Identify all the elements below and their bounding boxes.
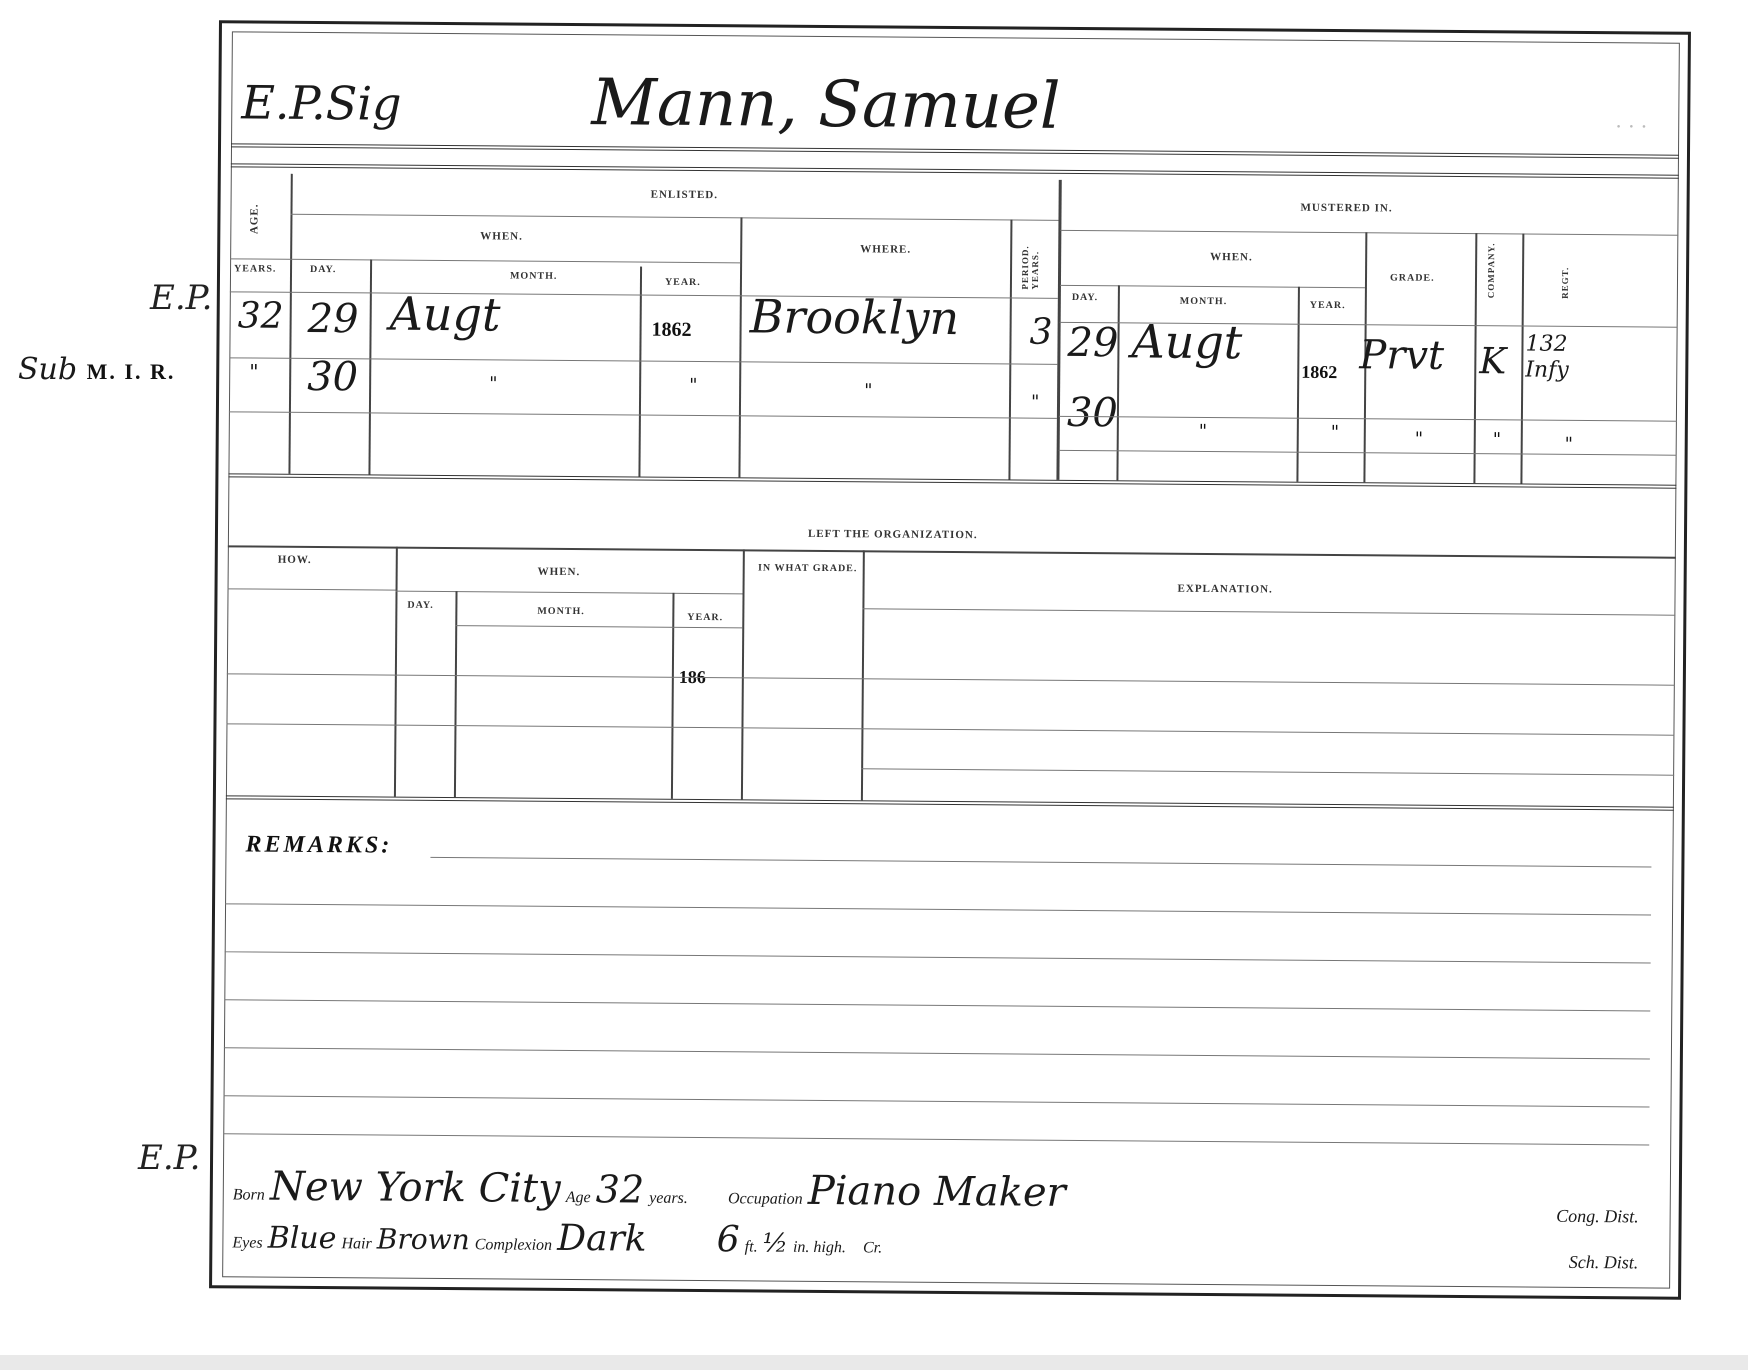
left-grade-header: IN WHAT GRADE. [758, 562, 858, 574]
height-inches-value: ½ [763, 1229, 788, 1259]
mustered-day-2: 30 [1067, 390, 1118, 436]
enlisted-age-2: " [249, 359, 258, 383]
enlisted-month-header: Month. [510, 271, 557, 282]
mustered-year-header: Year. [1310, 300, 1346, 311]
sch-dist-label: Sch. Dist. [1569, 1252, 1639, 1274]
hair-label: Hair [341, 1235, 371, 1252]
complexion-label: Complexion [475, 1236, 552, 1254]
eyes-label: Eyes [232, 1234, 262, 1251]
remarks-label: REMARKS: [245, 831, 392, 859]
mustered-day-header: Day. [1072, 292, 1098, 303]
mustered-grade-2: " [1415, 429, 1423, 450]
margin-note-sub: Sub M. I. R. [18, 352, 175, 387]
mustered-company-2: " [1493, 429, 1501, 450]
left-org-header: LEFT THE ORGANIZATION. [808, 528, 978, 541]
muster-card: E.P.Sig Mann, Samuel · · · AGE. ENLISTED… [209, 20, 1691, 1300]
enlisted-where-1: Brooklyn [749, 289, 959, 345]
born-label: Born [233, 1186, 265, 1203]
margin-note-ep-bottom: E.P. [138, 1138, 200, 1178]
mustered-in-header: MUSTERED IN. [1301, 202, 1393, 215]
enlisted-day-1: 29 [307, 296, 358, 342]
enlisted-month-1: Augt [389, 287, 500, 342]
mustered-year-1: 1862 [1301, 362, 1337, 383]
enlisted-age-1: 32 [238, 295, 284, 336]
enlisted-day-2: 30 [307, 354, 358, 400]
left-year-header: Year. [687, 612, 723, 623]
enlisted-when-header: WHEN. [480, 230, 523, 242]
enlisted-year-1: 1862 [651, 319, 691, 342]
age-years-header: Years. [234, 263, 276, 274]
enlisted-where-header: WHERE. [860, 243, 911, 255]
age-label: Age [566, 1189, 591, 1206]
enlisted-where-2: " [864, 380, 872, 401]
mustered-month-header: Month. [1180, 296, 1227, 307]
mustered-grade-header: Grade. [1390, 272, 1435, 283]
enlisted-year-header: Year. [665, 277, 701, 288]
height-feet-value: 6 [717, 1219, 740, 1260]
years-label: years. [649, 1190, 688, 1207]
soldier-name: Mann, Samuel [591, 66, 1061, 144]
occupation-value: Piano Maker [808, 1168, 1066, 1216]
cong-dist-label: Cong. Dist. [1556, 1206, 1639, 1228]
mustered-when-header: WHEN. [1210, 251, 1253, 263]
complexion-value: Dark [557, 1218, 647, 1260]
mustered-regiment-1: 132 Infy [1525, 332, 1615, 385]
left-month-header: Month. [537, 606, 584, 617]
period-header: Period. Years. [1020, 230, 1040, 290]
description-line-2: Eyes Blue Hair Brown Complexion Dark 6 f… [232, 1215, 882, 1261]
mustered-company-1: K [1479, 341, 1506, 382]
corner-mark: · · · [1615, 114, 1647, 138]
enlisted-period-2: " [1031, 392, 1039, 413]
mustered-regiment-header: Regt. [1560, 249, 1570, 299]
mustered-company-header: Company. [1486, 248, 1496, 298]
cr-label: Cr. [863, 1239, 882, 1256]
scan-bottom-edge [0, 1355, 1748, 1370]
age-value: 32 [596, 1167, 645, 1211]
mustered-grade-1: Prvt [1359, 332, 1444, 379]
left-when-header: WHEN. [538, 566, 581, 578]
left-how-header: HOW. [278, 554, 312, 566]
born-value: New York City [270, 1164, 561, 1212]
enlisted-day-header: Day. [310, 264, 336, 275]
mustered-regiment-2: " [1565, 434, 1573, 455]
enlisted-year-2: " [689, 375, 697, 396]
hair-value: Brown [377, 1223, 470, 1257]
enlisted-header: ENLISTED. [651, 189, 718, 202]
left-explanation-header: EXPLANATION. [1178, 583, 1273, 596]
occupation-label: Occupation [728, 1190, 803, 1208]
regiment-code: E.P.Sig [241, 75, 402, 130]
mustered-month-1: Augt [1131, 314, 1242, 369]
left-day-header: Day. [407, 600, 433, 611]
description-line-1: Born New York City Age 32 years. Occupat… [233, 1163, 1066, 1216]
margin-note-mir: M. I. R. [87, 359, 176, 384]
enlisted-period-1: 3 [1029, 312, 1052, 353]
mustered-month-2: " [1199, 421, 1207, 442]
enlisted-month-2: " [489, 373, 497, 394]
height-feet-label: ft. [745, 1238, 758, 1255]
mustered-day-1: 29 [1067, 320, 1118, 366]
height-inches-label: in. high. [793, 1239, 846, 1256]
eyes-value: Blue [268, 1221, 337, 1257]
age-header: AGE. [248, 203, 260, 234]
margin-note-ep: E.P. [150, 278, 212, 318]
margin-note-sub-handwritten: Sub [18, 352, 77, 387]
mustered-year-2: " [1331, 422, 1339, 443]
